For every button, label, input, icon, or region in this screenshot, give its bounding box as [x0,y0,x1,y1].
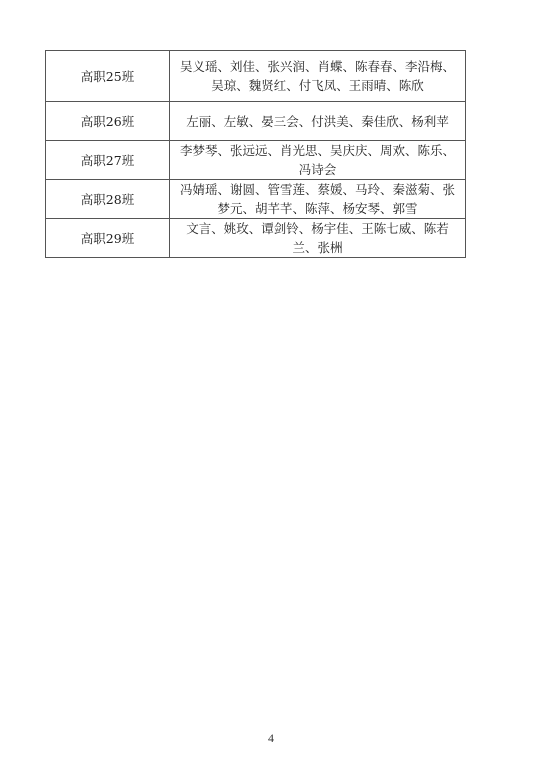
class-name-cell: 高职25班 [46,51,170,102]
class-name-cell: 高职27班 [46,141,170,180]
page-number: 4 [0,731,542,746]
student-names-cell: 文言、姚玫、谭剑铃、杨宇佳、王陈七威、陈若兰、张栦 [170,219,466,258]
table-row: 高职27班 李梦琴、张远远、肖光思、吴庆庆、周欢、陈乐、冯诗会 [46,141,466,180]
table-row: 高职28班 冯婧瑶、谢圆、管雪莲、蔡媛、马玲、秦滋菊、张梦元、胡芊芊、陈萍、杨安… [46,180,466,219]
student-names-cell: 冯婧瑶、谢圆、管雪莲、蔡媛、马玲、秦滋菊、张梦元、胡芊芊、陈萍、杨安琴、郭雪 [170,180,466,219]
class-name-cell: 高职26班 [46,102,170,141]
student-names-cell: 吴义瑶、刘佳、张兴润、肖蝶、陈春春、李沿梅、吴琼、魏贤红、付飞凤、王雨晴、陈欣 [170,51,466,102]
class-name-cell: 高职29班 [46,219,170,258]
table-row: 高职25班 吴义瑶、刘佳、张兴润、肖蝶、陈春春、李沿梅、吴琼、魏贤红、付飞凤、王… [46,51,466,102]
student-names-cell: 李梦琴、张远远、肖光思、吴庆庆、周欢、陈乐、冯诗会 [170,141,466,180]
class-name-cell: 高职28班 [46,180,170,219]
table-row: 高职29班 文言、姚玫、谭剑铃、杨宇佳、王陈七威、陈若兰、张栦 [46,219,466,258]
student-names-cell: 左丽、左敏、晏三会、付洪美、秦佳欣、杨利苹 [170,102,466,141]
table-row: 高职26班 左丽、左敏、晏三会、付洪美、秦佳欣、杨利苹 [46,102,466,141]
class-roster-table: 高职25班 吴义瑶、刘佳、张兴润、肖蝶、陈春春、李沿梅、吴琼、魏贤红、付飞凤、王… [45,50,466,258]
